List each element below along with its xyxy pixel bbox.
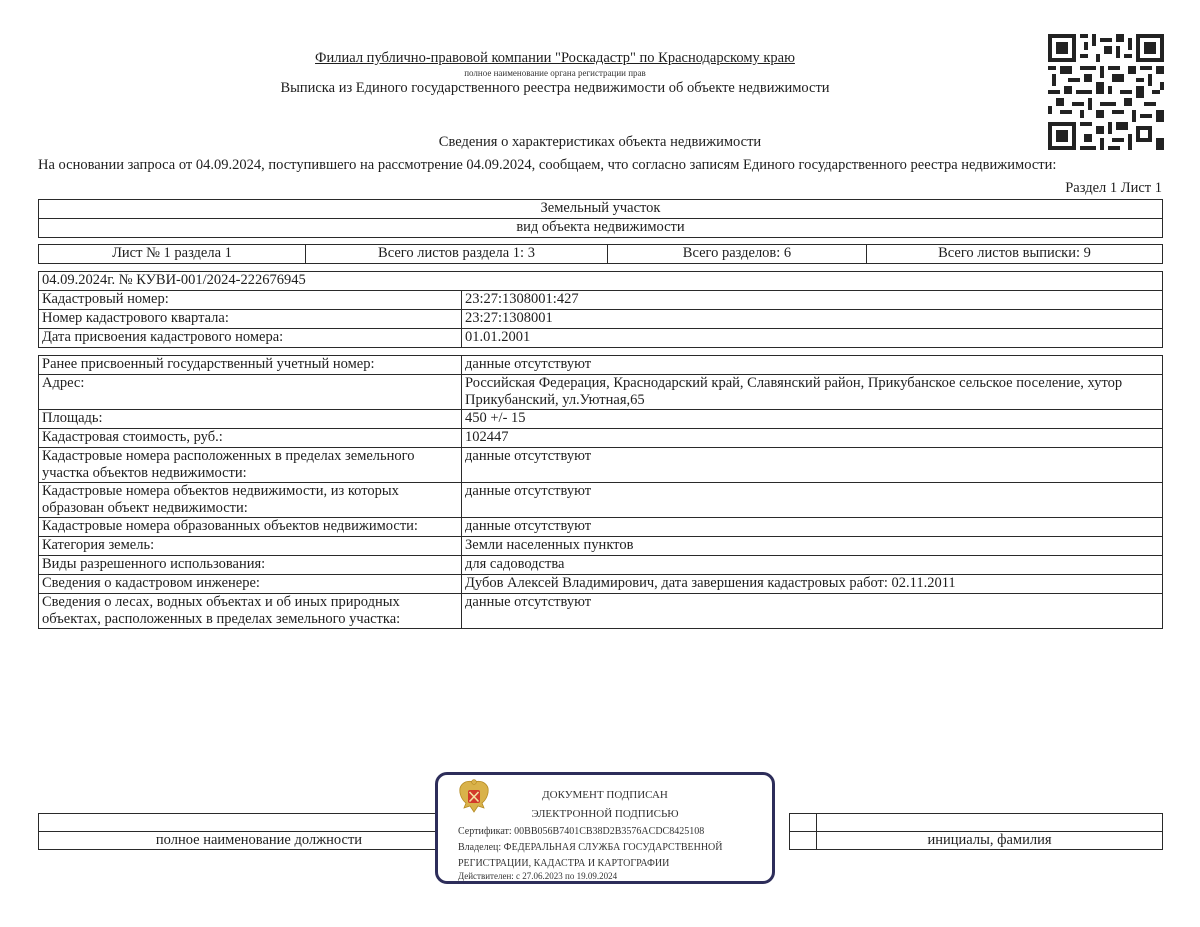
table-row: Категория земель: Земли населенных пункт… [39, 537, 1163, 556]
table-row: Кадастровая стоимость, руб.: 102447 [39, 429, 1163, 448]
object-type-caption: вид объекта недвижимости [39, 219, 1163, 238]
name-caption: инициалы, фамилия [817, 832, 1163, 850]
intro-text: На основании запроса от 04.09.2024, пост… [38, 157, 1163, 174]
object-type-table: Земельный участок вид объекта недвижимос… [38, 199, 1163, 238]
sheet-number: Лист № 1 раздела 1 [39, 245, 306, 264]
table-row: Кадастровые номера образованных объектов… [39, 518, 1163, 537]
organization-name: Филиал публично-правовой компании "Роска… [0, 50, 1110, 67]
row-label: Площадь: [39, 410, 462, 429]
section-sheet-label: Раздел 1 Лист 1 [1065, 180, 1162, 197]
table-row: Номер кадастрового квартала: 23:27:13080… [39, 310, 1163, 329]
stamp-certificate: Сертификат: 00BB056B7401CB38D2B3576ACDC8… [458, 826, 758, 837]
table-row: Виды разрешенного использования: для сад… [39, 556, 1163, 575]
stamp-validity: Действителен: с 27.06.2023 по 19.09.2024 [458, 871, 758, 881]
table-row: Адрес: Российская Федерация, Краснодарск… [39, 375, 1163, 410]
stamp-owner: Владелец: ФЕДЕРАЛЬНАЯ СЛУЖБА ГОСУДАРСТВЕ… [458, 842, 758, 853]
row-label: Кадастровый номер: [39, 291, 462, 310]
table-row: Сведения о лесах, водных объектах и об и… [39, 594, 1163, 629]
row-label: Сведения о лесах, водных объектах и об и… [39, 594, 462, 629]
table-row: Ранее присвоенный государственный учетны… [39, 356, 1163, 375]
spacer-field [790, 814, 817, 832]
row-label: Кадастровые номера расположенных в преде… [39, 448, 462, 483]
qr-code-icon [1048, 34, 1164, 150]
row-value: данные отсутствуют [462, 448, 1163, 483]
table-row: Кадастровый номер: 23:27:1308001:427 [39, 291, 1163, 310]
row-value: данные отсутствуют [462, 594, 1163, 629]
section-title: Сведения о характеристиках объекта недви… [0, 134, 1200, 151]
row-label: Виды разрешенного использования: [39, 556, 462, 575]
table-row: Кадастровые номера объектов недвижимости… [39, 483, 1163, 518]
area-value: 450 +/- 15 [462, 410, 1163, 429]
object-type: Земельный участок [39, 200, 1163, 219]
stamp-title: ДОКУМЕНТ ПОДПИСАН [438, 789, 772, 801]
stamp-subtitle: ЭЛЕКТРОННОЙ ПОДПИСЬЮ [438, 808, 772, 820]
row-label: Адрес: [39, 375, 462, 410]
row-value: данные отсутствуют [462, 518, 1163, 537]
row-label: Номер кадастрового квартала: [39, 310, 462, 329]
electronic-signature-stamp: ДОКУМЕНТ ПОДПИСАН ЭЛЕКТРОННОЙ ПОДПИСЬЮ С… [435, 772, 775, 884]
row-value: данные отсутствуют [462, 356, 1163, 375]
cadastral-block: 23:27:1308001 [462, 310, 1163, 329]
cadastral-value: 102447 [462, 429, 1163, 448]
spacer-caption [790, 832, 817, 850]
table-row: Дата присвоения кадастрового номера: 01.… [39, 329, 1163, 348]
address-value: Российская Федерация, Краснодарский край… [462, 375, 1163, 410]
cadastral-engineer: Дубов Алексей Владимирович, дата заверше… [462, 575, 1163, 594]
row-label: Кадастровые номера объектов недвижимости… [39, 483, 462, 518]
row-value: данные отсутствуют [462, 483, 1163, 518]
stamp-owner-continued: РЕГИСТРАЦИИ, КАДАСТРА И КАРТОГРАФИИ [458, 858, 758, 869]
land-category: Земли населенных пунктов [462, 537, 1163, 556]
total-sections: Всего разделов: 6 [608, 245, 867, 264]
row-label: Дата присвоения кадастрового номера: [39, 329, 462, 348]
total-sheets: Всего листов выписки: 9 [867, 245, 1163, 264]
row-label: Категория земель: [39, 537, 462, 556]
section-sheets-count: Всего листов раздела 1: 3 [306, 245, 608, 264]
position-field [39, 814, 480, 832]
row-label: Сведения о кадастровом инженере: [39, 575, 462, 594]
details-table: Ранее присвоенный государственный учетны… [38, 355, 1163, 629]
table-row: Сведения о кадастровом инженере: Дубов А… [39, 575, 1163, 594]
name-field [817, 814, 1163, 832]
assignment-date: 01.01.2001 [462, 329, 1163, 348]
row-label: Кадастровая стоимость, руб.: [39, 429, 462, 448]
record-table: 04.09.2024г. № КУВИ-001/2024-222676945 К… [38, 271, 1163, 348]
document-title: Выписка из Единого государственного реес… [0, 80, 1110, 97]
row-label: Ранее присвоенный государственный учетны… [39, 356, 462, 375]
table-row: Площадь: 450 +/- 15 [39, 410, 1163, 429]
position-caption: полное наименование должности [39, 832, 480, 850]
cadastral-number: 23:27:1308001:427 [462, 291, 1163, 310]
row-label: Кадастровые номера образованных объектов… [39, 518, 462, 537]
record-id: 04.09.2024г. № КУВИ-001/2024-222676945 [39, 272, 1163, 291]
table-row: Кадастровые номера расположенных в преде… [39, 448, 1163, 483]
organization-caption: полное наименование органа регистрации п… [0, 68, 1110, 78]
sheets-info-table: Лист № 1 раздела 1 Всего листов раздела … [38, 244, 1163, 264]
permitted-use: для садоводства [462, 556, 1163, 575]
